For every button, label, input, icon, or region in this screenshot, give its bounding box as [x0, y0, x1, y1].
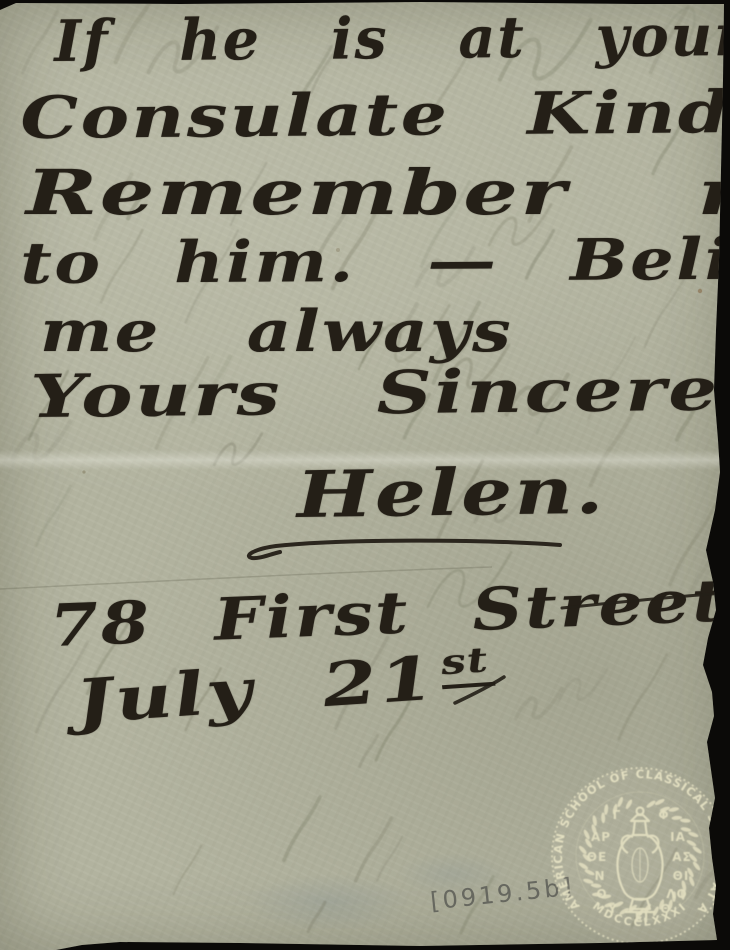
- bleedthrough-stroke: [360, 735, 378, 766]
- bleedthrough-stroke: [516, 688, 562, 718]
- ascsa-embossed-seal: AMERICAN SCHOOL OF CLASSICAL STUDIES AT …: [545, 761, 730, 950]
- bleedthrough-stroke: [308, 902, 325, 931]
- handwritten-line: me always: [40, 298, 513, 365]
- bleedthrough-stroke: [23, 11, 58, 73]
- seal-greek-glyph: ΘΙ: [673, 869, 690, 883]
- closing-line: Yours Sincerely: [30, 354, 730, 431]
- seal-greek-glyph: ΑΡ: [591, 830, 611, 844]
- handwritten-line: Remember me: [26, 156, 730, 229]
- letter-page: If he is at your Consulate Kindly Rememb…: [0, 0, 730, 950]
- seal-greek-glyph: Φ: [658, 808, 669, 822]
- seal-greek-glyph: ΘΕ: [587, 850, 607, 864]
- seal-greek-glyph: Θ: [660, 902, 671, 916]
- scan-background: { "colors": { "background": "#0b0a08", "…: [0, 0, 730, 950]
- seal-greek-glyph: ΛΟ: [666, 887, 688, 901]
- handwritten-line: to him. — Believe: [20, 225, 730, 297]
- seal-greek-glyph: ΙΑ: [670, 830, 686, 844]
- seal-greek-glyph: Γ: [613, 808, 622, 822]
- date-text: July 21: [72, 644, 440, 738]
- seal-greek-glyph: ΑΣ: [672, 850, 691, 864]
- handwritten-line: Consulate Kindly: [20, 77, 730, 152]
- bleedthrough-stroke: [559, 669, 607, 700]
- handwritten-line: If he is at your: [54, 2, 730, 75]
- date-superscript: st: [437, 640, 495, 689]
- bleedthrough-stroke: [619, 655, 667, 739]
- bleedthrough-stroke: [174, 846, 202, 895]
- seal-greek-glyph: Ο: [596, 887, 607, 901]
- bleedthrough-stroke: [377, 837, 402, 881]
- bleedthrough-stroke: [284, 797, 320, 860]
- signature-helen: Helen.: [296, 454, 606, 533]
- paper-spot: [82, 470, 85, 473]
- signature-underline-flourish: [249, 541, 560, 559]
- seal-greek-glyph: Υ: [607, 902, 618, 916]
- seal-greek-glyph: Ν: [594, 869, 605, 883]
- bleedthrough-stroke: [37, 486, 71, 546]
- bleedthrough-stroke: [356, 818, 392, 881]
